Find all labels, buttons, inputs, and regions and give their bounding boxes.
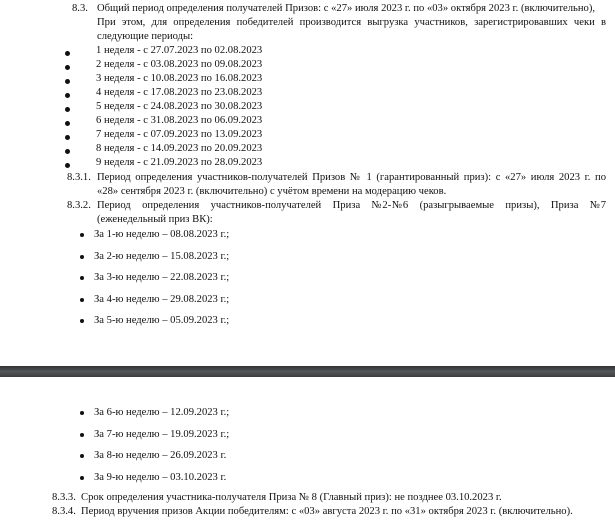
clause-8-3-4-text: Период вручения призов Акции победителям… [81, 505, 573, 518]
clause-8-3-2-line-1: Период определения участников-получателе… [97, 199, 606, 212]
list-item: За 5-ю неделю – 05.09.2023 г.; [94, 314, 229, 327]
list-item: 1 неделя - с 27.07.2023 по 02.08.2023 [96, 44, 262, 57]
clause-8-3-line-1: Общий период определения получателей При… [97, 2, 606, 15]
bullet-icon [65, 65, 70, 70]
bullet-icon [80, 454, 84, 458]
list-item: За 2-ю неделю – 15.08.2023 г.; [94, 250, 229, 263]
list-item: 9 неделя - с 21.09.2023 по 28.09.2023 [96, 156, 262, 169]
list-item: За 3-ю неделю – 22.08.2023 г.; [94, 271, 229, 284]
bullet-icon [65, 163, 70, 168]
clause-number-8-3-3: 8.3.3. [52, 491, 76, 504]
bullet-icon [80, 233, 84, 237]
bullet-icon [80, 411, 84, 415]
list-item: За 9-ю неделю – 03.10.2023 г. [94, 471, 226, 484]
clause-8-3-3-text: Срок определения участника-получателя Пр… [81, 491, 502, 504]
clause-number-8-3-1: 8.3.1. [67, 171, 91, 184]
clause-8-3-2-line-2: (еженедельный приз ВК): [97, 213, 213, 226]
bullet-icon [80, 433, 84, 437]
document-page-2: За 6-ю неделю – 12.09.2023 г.; За 7-ю не… [0, 377, 615, 526]
bullet-icon [80, 298, 84, 302]
clause-8-3-1-line-1: Период определения участников-получателе… [97, 171, 606, 184]
clause-8-3-line-2: При этом, для определения победителей пр… [97, 16, 606, 29]
bullet-icon [80, 276, 84, 280]
list-item: За 7-ю неделю – 19.09.2023 г.; [94, 428, 229, 441]
clause-number-8-3: 8.3. [72, 2, 88, 15]
bullet-icon [65, 149, 70, 154]
document-page-1: 8.3. Общий период определения получателе… [0, 0, 615, 366]
list-item: 4 неделя - с 17.08.2023 по 23.08.2023 [96, 86, 262, 99]
bullet-icon [65, 79, 70, 84]
list-item: За 1-ю неделю – 08.08.2023 г.; [94, 228, 229, 241]
bullet-icon [65, 51, 70, 56]
list-item: За 8-ю неделю – 26.09.2023 г. [94, 449, 226, 462]
bullet-icon [80, 255, 84, 259]
list-item: 5 неделя - с 24.08.2023 по 30.08.2023 [96, 100, 262, 113]
list-item: 2 неделя - с 03.08.2023 по 09.08.2023 [96, 58, 262, 71]
list-item: За 6-ю неделю – 12.09.2023 г.; [94, 406, 229, 419]
bullet-icon [80, 319, 84, 323]
clause-number-8-3-2: 8.3.2. [67, 199, 91, 212]
list-item: 3 неделя - с 10.08.2023 по 16.08.2023 [96, 72, 262, 85]
clause-8-3-1-line-2: «28» сентября 2023 г. (включительно) с у… [97, 185, 446, 198]
list-item: 7 неделя - с 07.09.2023 по 13.09.2023 [96, 128, 262, 141]
list-item: 6 неделя - с 31.08.2023 по 06.09.2023 [96, 114, 262, 127]
clause-8-3-line-3: следующие периоды: [97, 30, 193, 43]
bullet-icon [80, 476, 84, 480]
bullet-icon [65, 107, 70, 112]
bullet-icon [65, 121, 70, 126]
page-break-separator [0, 366, 615, 377]
clause-number-8-3-4: 8.3.4. [52, 505, 76, 518]
bullet-icon [65, 135, 70, 140]
list-item: За 4-ю неделю – 29.08.2023 г.; [94, 293, 229, 306]
list-item: 8 неделя - с 14.09.2023 по 20.09.2023 [96, 142, 262, 155]
bullet-icon [65, 93, 70, 98]
